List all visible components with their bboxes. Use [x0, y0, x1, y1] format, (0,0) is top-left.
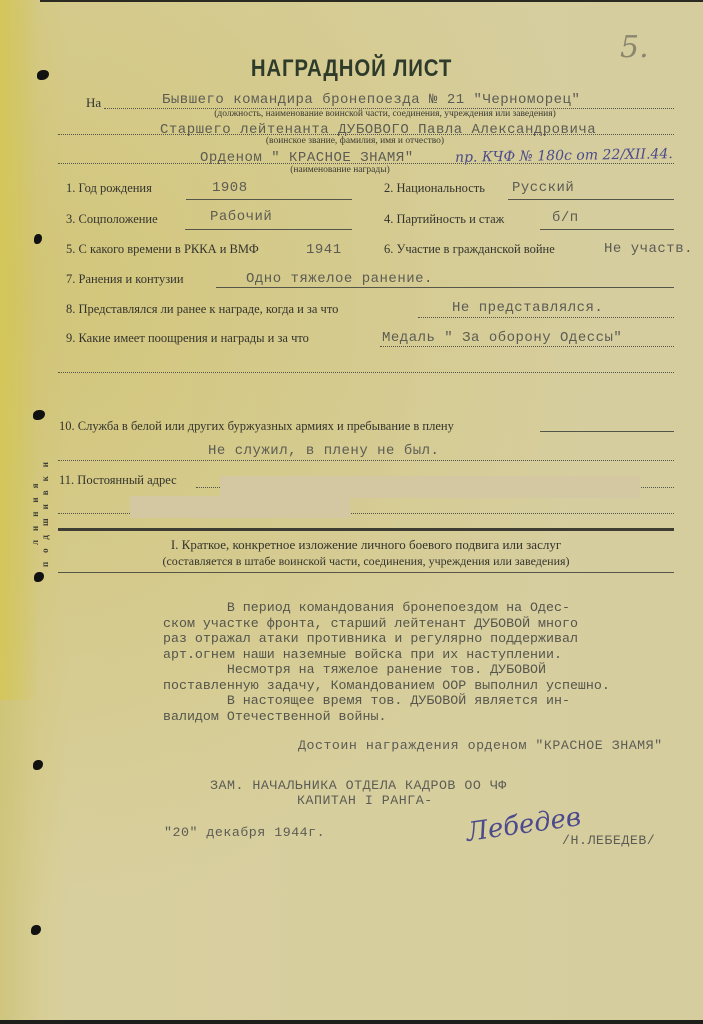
field-5-value: 1941: [306, 242, 342, 258]
field-10-line: [540, 431, 674, 432]
field-1-label: 1. Год рождения: [66, 181, 152, 196]
field-4-value: б/п: [552, 210, 579, 226]
name-caption: (воинское звание, фамилия, имя и отчеств…: [210, 136, 500, 146]
position-caption: (должность, наименование воинской части,…: [150, 109, 620, 119]
field-3-label: 3. Соцположение: [66, 212, 158, 227]
field-9-line-2: [58, 372, 674, 373]
section-divider-top: [58, 528, 674, 531]
section-heading: I. Краткое, конкретное изложение личного…: [58, 537, 674, 553]
redacted-address: [220, 476, 640, 498]
signature-date: "20" декабря 1944г.: [164, 825, 325, 840]
field-4-label: 4. Партийность и стаж: [384, 212, 504, 227]
bottom-edge: [0, 1020, 703, 1024]
field-8-line: [418, 317, 674, 318]
field-10-line-2: [58, 460, 674, 461]
field-2-line: [508, 199, 674, 200]
award-value: Орденом " КРАСНОЕ ЗНАМЯ": [200, 150, 414, 166]
field-7-label: 7. Ранения и контузии: [66, 272, 184, 287]
field-7-line: [216, 287, 674, 288]
signer-position-1: ЗАМ. НАЧАЛЬНИКА ОТДЕЛА КАДРОВ ОО ЧФ: [210, 778, 507, 793]
field-3-value: Рабочий: [210, 209, 272, 225]
field-1-line: [186, 199, 352, 200]
field-5-label: 5. С какого времени в РККА и ВМФ: [66, 242, 259, 257]
field-10-label: 10. Служба в белой или других буржуазных…: [59, 419, 454, 434]
merit-description: В период командования бронепоездом на Од…: [163, 600, 703, 724]
section-divider-bottom: [58, 572, 674, 573]
top-edge: [40, 0, 703, 2]
section-subheading: (составляется в штабе воинской части, со…: [58, 554, 674, 569]
field-6-value: Не участв.: [604, 241, 693, 257]
redacted-address-2: [130, 496, 350, 518]
award-caption: (наименование награды): [270, 165, 410, 175]
field-11-label: 11. Постоянный адрес: [59, 473, 177, 488]
field-8-label: 8. Представлялся ли ранее к награде, ког…: [66, 302, 338, 317]
field-3-line: [185, 229, 352, 230]
field-9-label: 9. Какие имеет поощрения и награды и за …: [66, 331, 309, 346]
field-9-line: [380, 346, 674, 347]
merit-conclusion: Достоин награждения орденом "КРАСНОЕ ЗНА…: [298, 738, 663, 753]
field-9-value: Медаль " За оборону Одессы": [382, 330, 622, 346]
field-4-line: [540, 229, 674, 230]
field-2-value: Русский: [512, 180, 574, 196]
field-2-label: 2. Национальность: [384, 181, 485, 196]
field-1-value: 1908: [212, 180, 248, 196]
signer-position-2: КАПИТАН I РАНГА-: [297, 793, 433, 808]
field-7-value: Одно тяжелое ранение.: [246, 271, 433, 287]
position-value: Бывшего командира бронепоезда № 21 "Черн…: [162, 92, 580, 108]
field-6-label: 6. Участие в гражданской войне: [384, 242, 555, 257]
signer-name: /Н.ЛЕБЕДЕВ/: [562, 833, 655, 848]
field-8-value: Не представлялся.: [452, 300, 603, 316]
document-title: НАГРАДНОЙ ЛИСТ: [53, 55, 651, 83]
binding-line-label: линия подшивки: [30, 420, 50, 600]
na-label: На: [86, 95, 101, 111]
field-10-value: Не служил, в плену не был.: [208, 443, 439, 459]
